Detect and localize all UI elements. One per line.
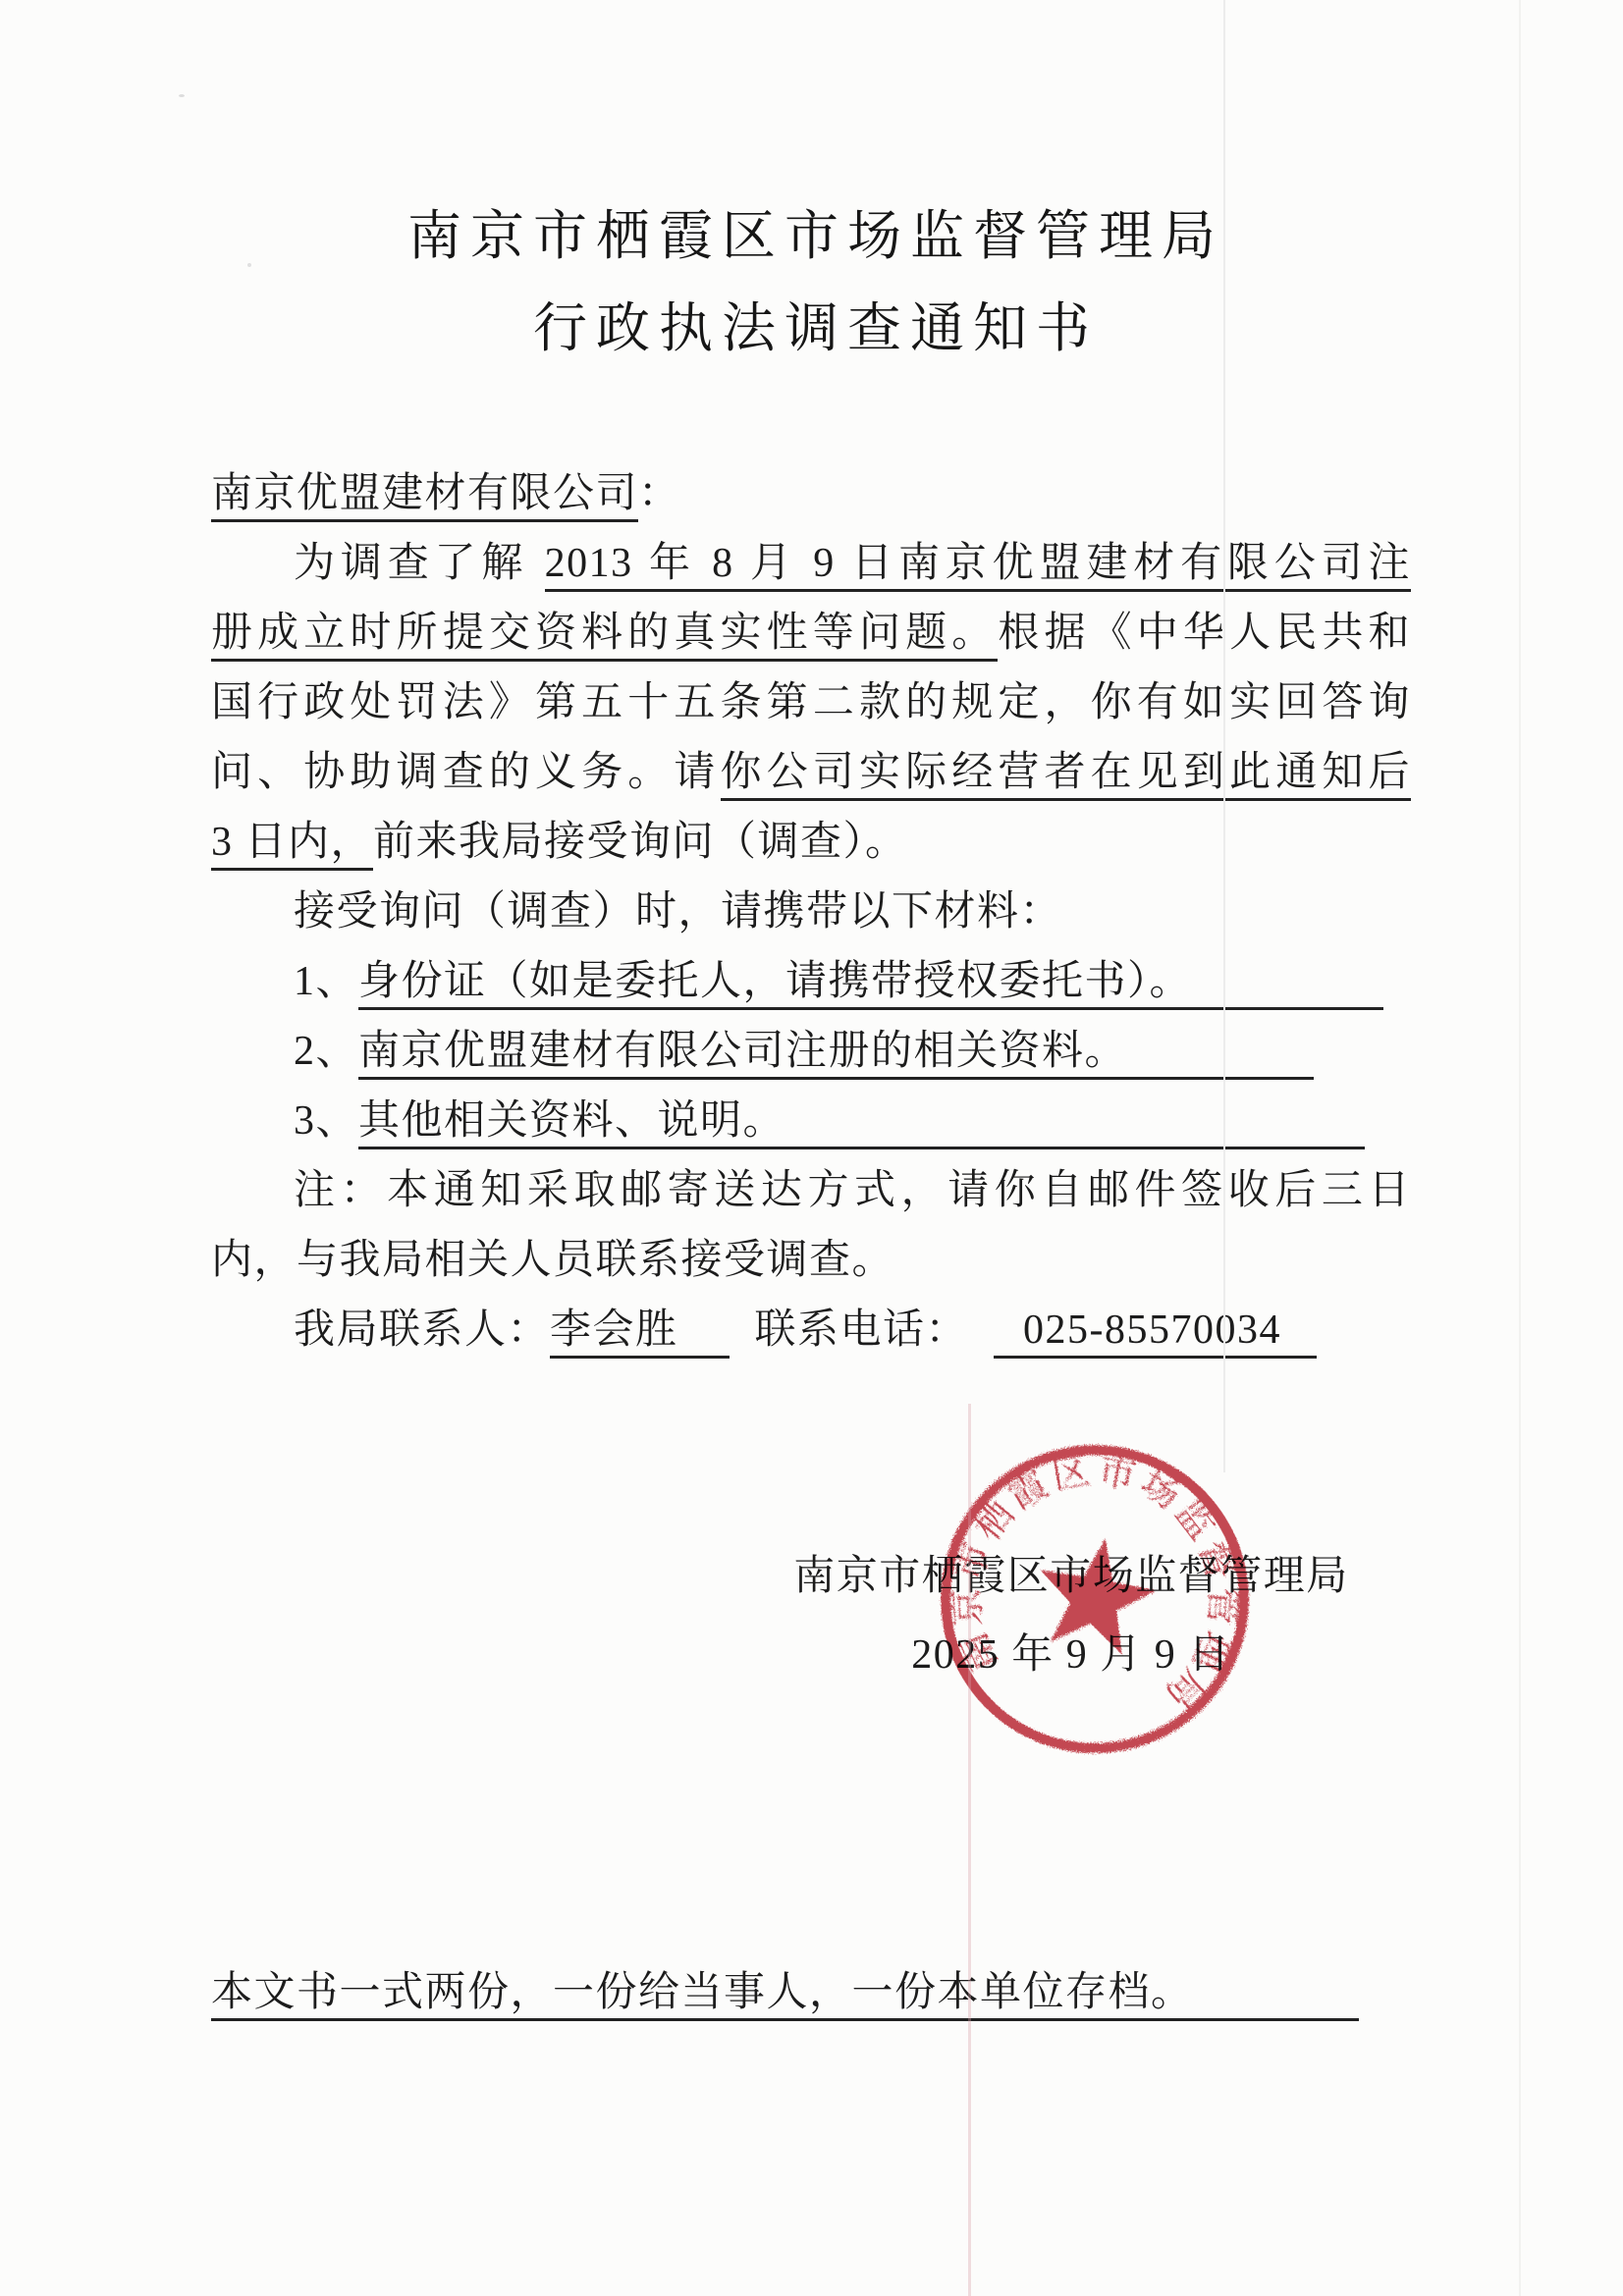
- materials-intro: 接受询问（调查）时，请携带以下材料：: [294, 889, 1062, 934]
- note-line1: 注：本通知采取邮寄送达方式，请你自邮件签收后三日: [211, 1156, 1411, 1226]
- contact-person-label: 我局联系人：: [294, 1308, 550, 1353]
- addressee-colon: ：: [638, 471, 681, 516]
- material-text: 其他相关资料、说明。: [358, 1098, 1365, 1149]
- document-title: 南京市栖霞区市场监督管理局 行政执法调查通知书: [0, 190, 1623, 375]
- paragraph1-line3: 国行政处罚法》第五十五条第二款的规定，你有如实回答询: [211, 668, 1411, 738]
- footer-text: 本文书一式两份，一份给当事人，一份本单位存档。: [211, 1970, 1359, 2021]
- p1-l5-plain: 前来我局接受询问（调查）。: [373, 820, 908, 865]
- material-item: 2、南京优盟建材有限公司注册的相关资料。: [211, 1017, 1411, 1087]
- official-seal: 南京市栖霞区市场监督管理局: [905, 1410, 1285, 1789]
- p1-l4-plain: 问、协助调查的义务。请: [211, 750, 721, 795]
- p1-l3: 国行政处罚法》第五十五条第二款的规定，你有如实回答询: [211, 680, 1411, 725]
- addressee-line: 南京优盟建材有限公司：: [211, 459, 1411, 529]
- material-item: 1、身份证（如是委托人，请携带授权委托书）。: [211, 947, 1411, 1017]
- paragraph1-line2: 册成立时所提交资料的真实性等问题。根据《中华人民共和: [211, 599, 1411, 668]
- materials-intro-line: 接受询问（调查）时，请携带以下材料：: [211, 878, 1411, 947]
- title-notice-type: 行政执法调查通知书: [0, 283, 1623, 375]
- note-text-2: 内，与我局相关人员联系接受调查。: [211, 1238, 894, 1283]
- contact-phone-number: 025-85570034: [994, 1308, 1317, 1359]
- scanned-notice-document: 南京市栖霞区市场监督管理局 行政执法调查通知书 南京优盟建材有限公司： 为调查了…: [0, 0, 1623, 2296]
- p1-l2-underlined: 册成立时所提交资料的真实性等问题。: [211, 611, 998, 662]
- contact-line: 我局联系人：李会胜联系电话：025-85570034: [211, 1296, 1411, 1365]
- p1-l1-underlined: 2013 年 8 月 9 日南京优盟建材有限公司注: [545, 541, 1411, 592]
- paragraph1-line5: 3 日内，前来我局接受询问（调查）。: [211, 808, 1411, 878]
- contact-phone-label: 联系电话：: [755, 1308, 969, 1353]
- note-line2: 内，与我局相关人员联系接受调查。: [211, 1226, 1411, 1296]
- p1-l4-underlined: 你公司实际经营者在见到此通知后: [721, 750, 1411, 801]
- p1-l2-plain: 根据《中华人民共和: [998, 611, 1411, 656]
- footer-line: 本文书一式两份，一份给当事人，一份本单位存档。: [211, 1959, 1359, 2018]
- paragraph1-line1: 为调查了解 2013 年 8 月 9 日南京优盟建材有限公司注: [211, 529, 1411, 599]
- seal-star-icon: [1028, 1528, 1163, 1659]
- paragraph1-line4: 问、协助调查的义务。请你公司实际经营者在见到此通知后: [211, 738, 1411, 808]
- material-text: 南京优盟建材有限公司注册的相关资料。: [358, 1029, 1314, 1080]
- p1-l5-underlined: 3 日内，: [211, 820, 373, 871]
- title-agency: 南京市栖霞区市场监督管理局: [0, 190, 1623, 283]
- contact-person-name: 李会胜: [550, 1308, 730, 1359]
- material-num: 2、: [294, 1029, 358, 1074]
- official-seal-graphic: 南京市栖霞区市场监督管理局: [905, 1410, 1285, 1789]
- scan-artifact-speck: [179, 94, 185, 97]
- material-num: 3、: [294, 1098, 358, 1144]
- document-body: 南京优盟建材有限公司： 为调查了解 2013 年 8 月 9 日南京优盟建材有限…: [211, 459, 1411, 1365]
- material-text: 身份证（如是委托人，请携带授权委托书）。: [358, 959, 1383, 1010]
- note-text-1: 注：本通知采取邮寄送达方式，请你自邮件签收后三日: [294, 1168, 1411, 1213]
- material-num: 1、: [294, 959, 358, 1004]
- p1-l1-plain: 为调查了解: [294, 541, 545, 586]
- material-item: 3、其他相关资料、说明。: [211, 1087, 1411, 1156]
- addressee-name: 南京优盟建材有限公司: [211, 471, 638, 522]
